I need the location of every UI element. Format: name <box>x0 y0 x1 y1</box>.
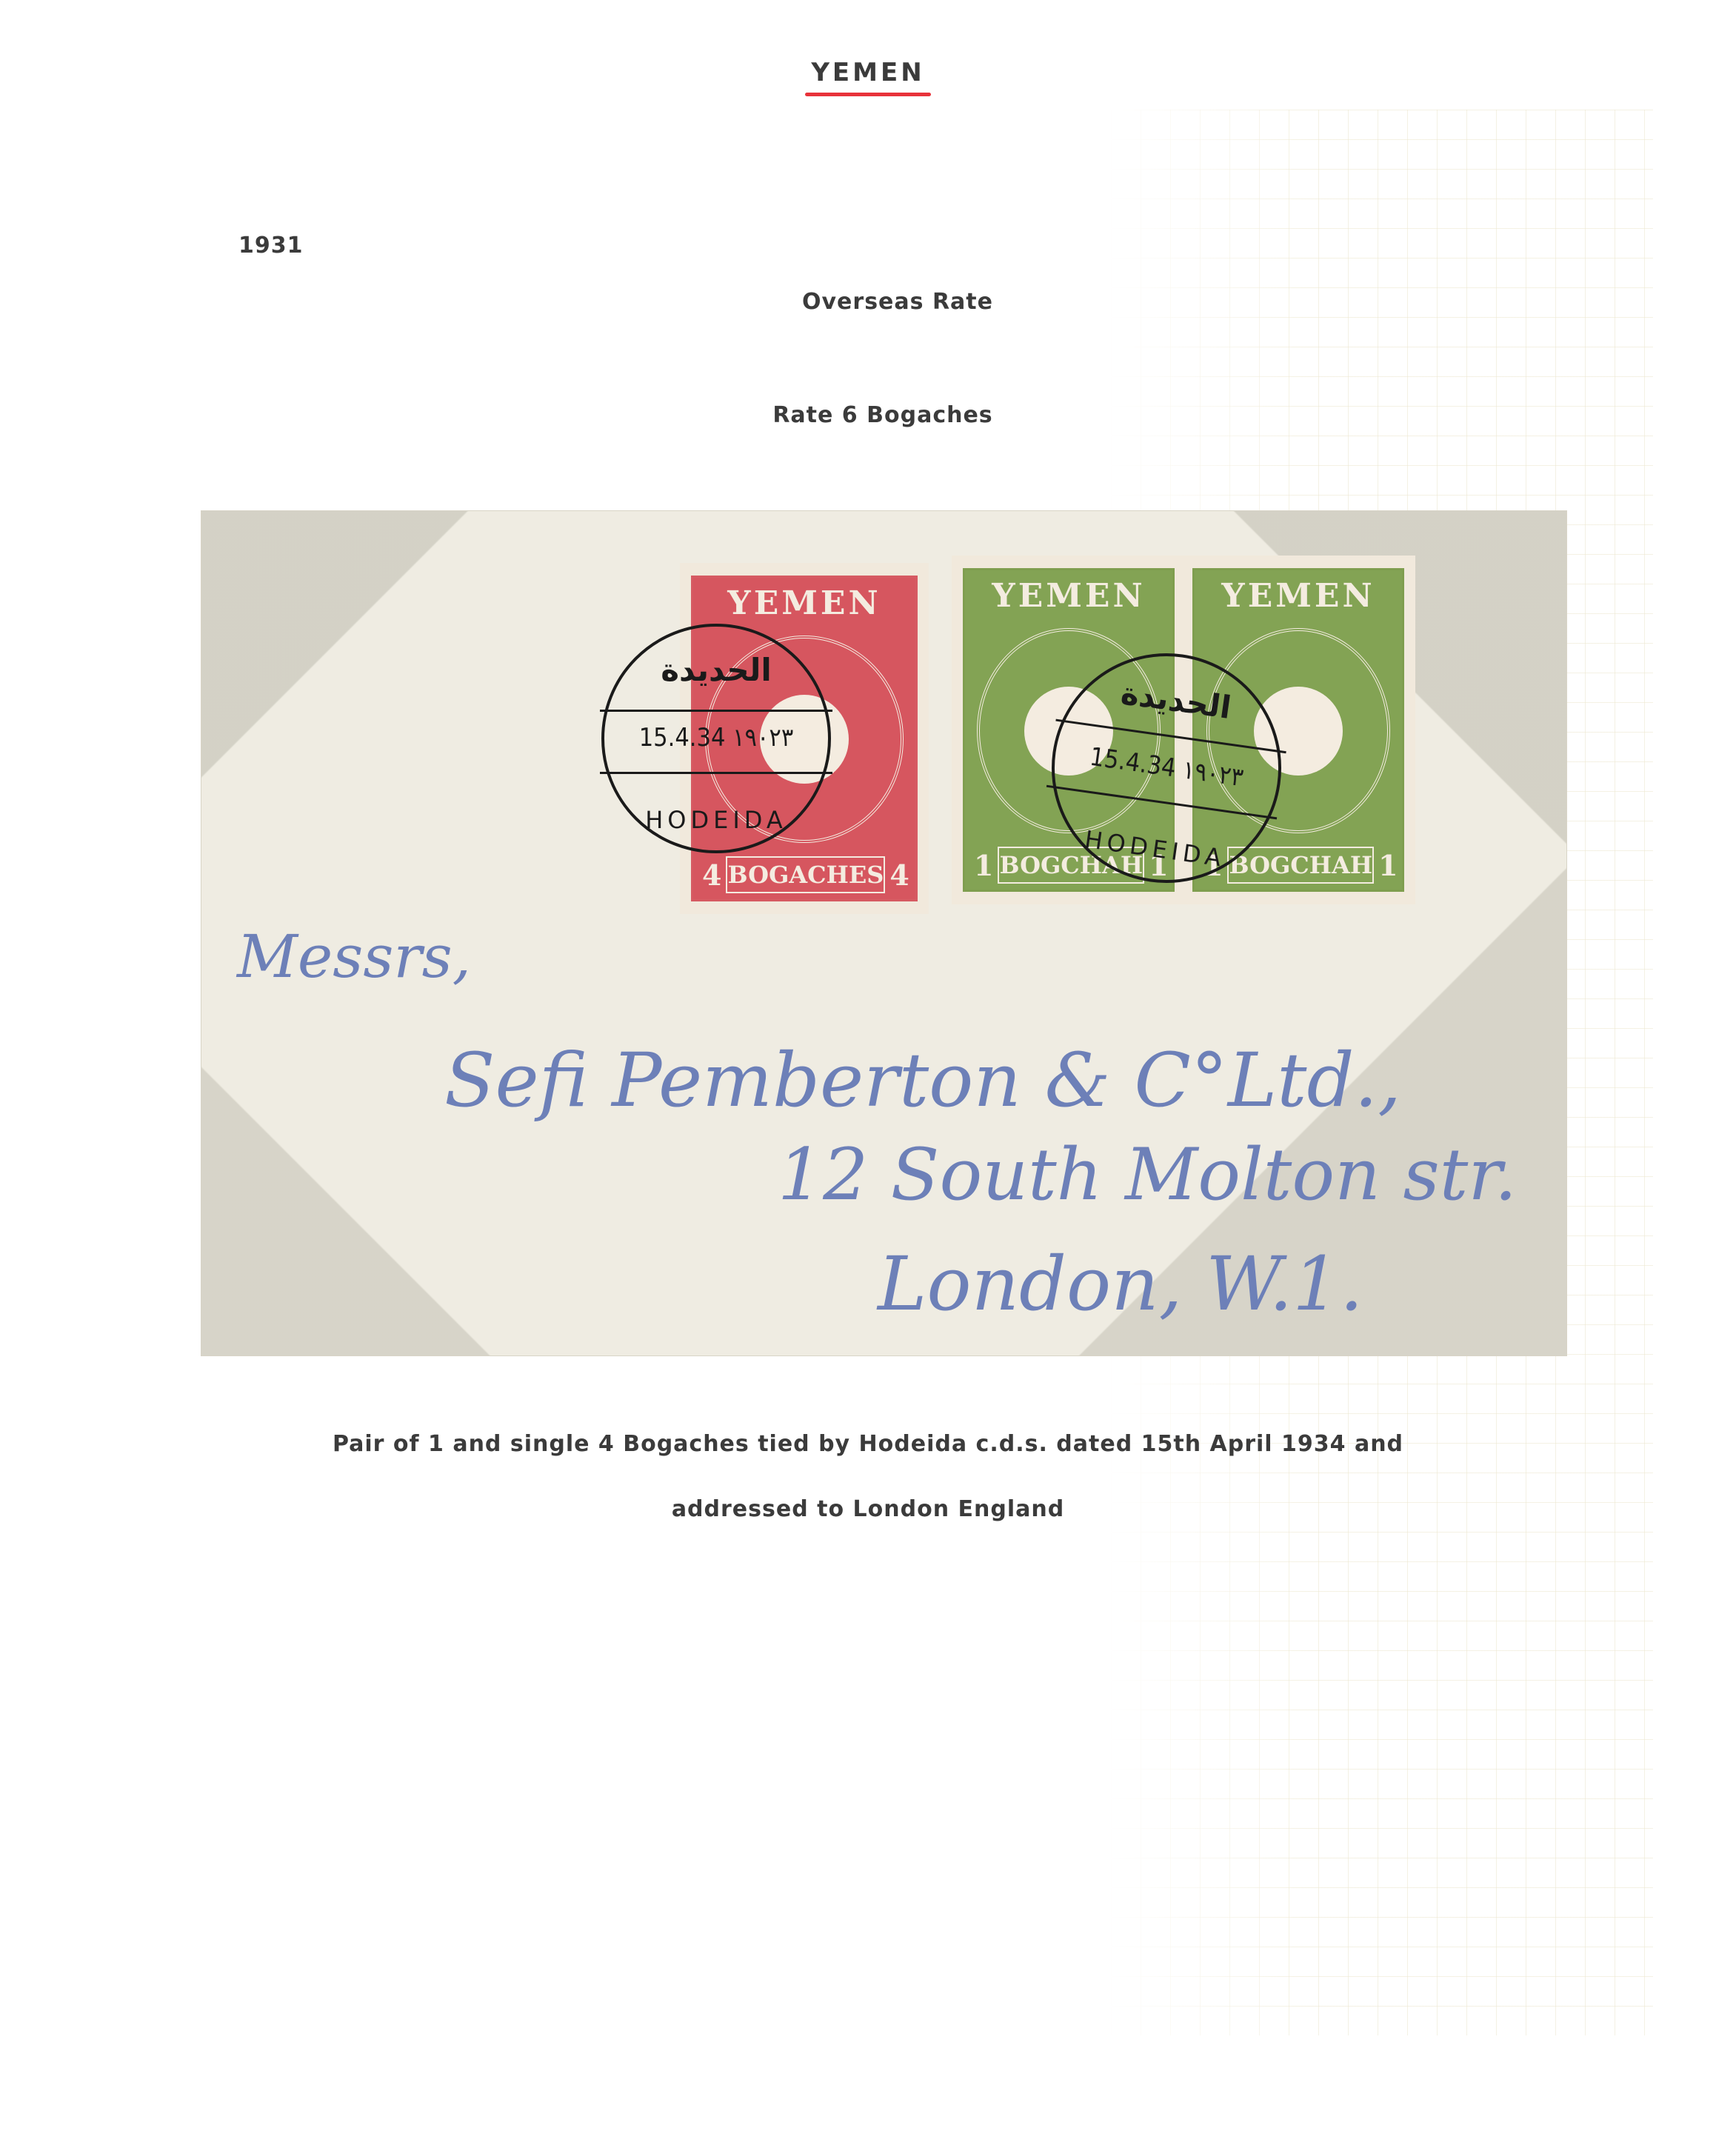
stamp-denomination: BOGACHES <box>726 856 885 893</box>
rate-label: Rate 6 Bogaches <box>0 402 1736 428</box>
stamp-country: YEMEN <box>696 582 912 625</box>
stamp-value: 4 <box>702 858 721 892</box>
address-line-3: 12 South Molton str. <box>778 1133 1517 1216</box>
stamp-country: YEMEN <box>1198 575 1399 618</box>
stamp-value: 1 <box>974 849 993 882</box>
stamp-value: 4 <box>889 858 909 892</box>
stamp-country: YEMEN <box>968 575 1169 618</box>
postmark-date: 15.4.34 ١٩٠٢٣ <box>604 723 828 753</box>
subtitle: Overseas Rate <box>0 289 1736 315</box>
postmark-town: HODEIDA <box>604 806 828 834</box>
postmark-arabic: الحديدة <box>604 652 828 688</box>
address-line-4: London, W.1. <box>878 1241 1363 1327</box>
stamp-value: 1 <box>1378 849 1398 882</box>
caption-line-1: Pair of 1 and single 4 Bogaches tied by … <box>0 1431 1736 1457</box>
postmark-hodeida-1: الحديدة 15.4.34 ١٩٠٢٣ HODEIDA <box>601 624 831 853</box>
page-title: YEMEN <box>0 58 1736 87</box>
title-underline <box>805 93 930 96</box>
caption-line-2: addressed to London England <box>0 1496 1736 1522</box>
address-line-2: Sefi Pemberton & C°Ltd., <box>444 1037 1401 1124</box>
address-line-1: Messrs, <box>237 922 471 991</box>
year-label: 1931 <box>238 233 304 259</box>
